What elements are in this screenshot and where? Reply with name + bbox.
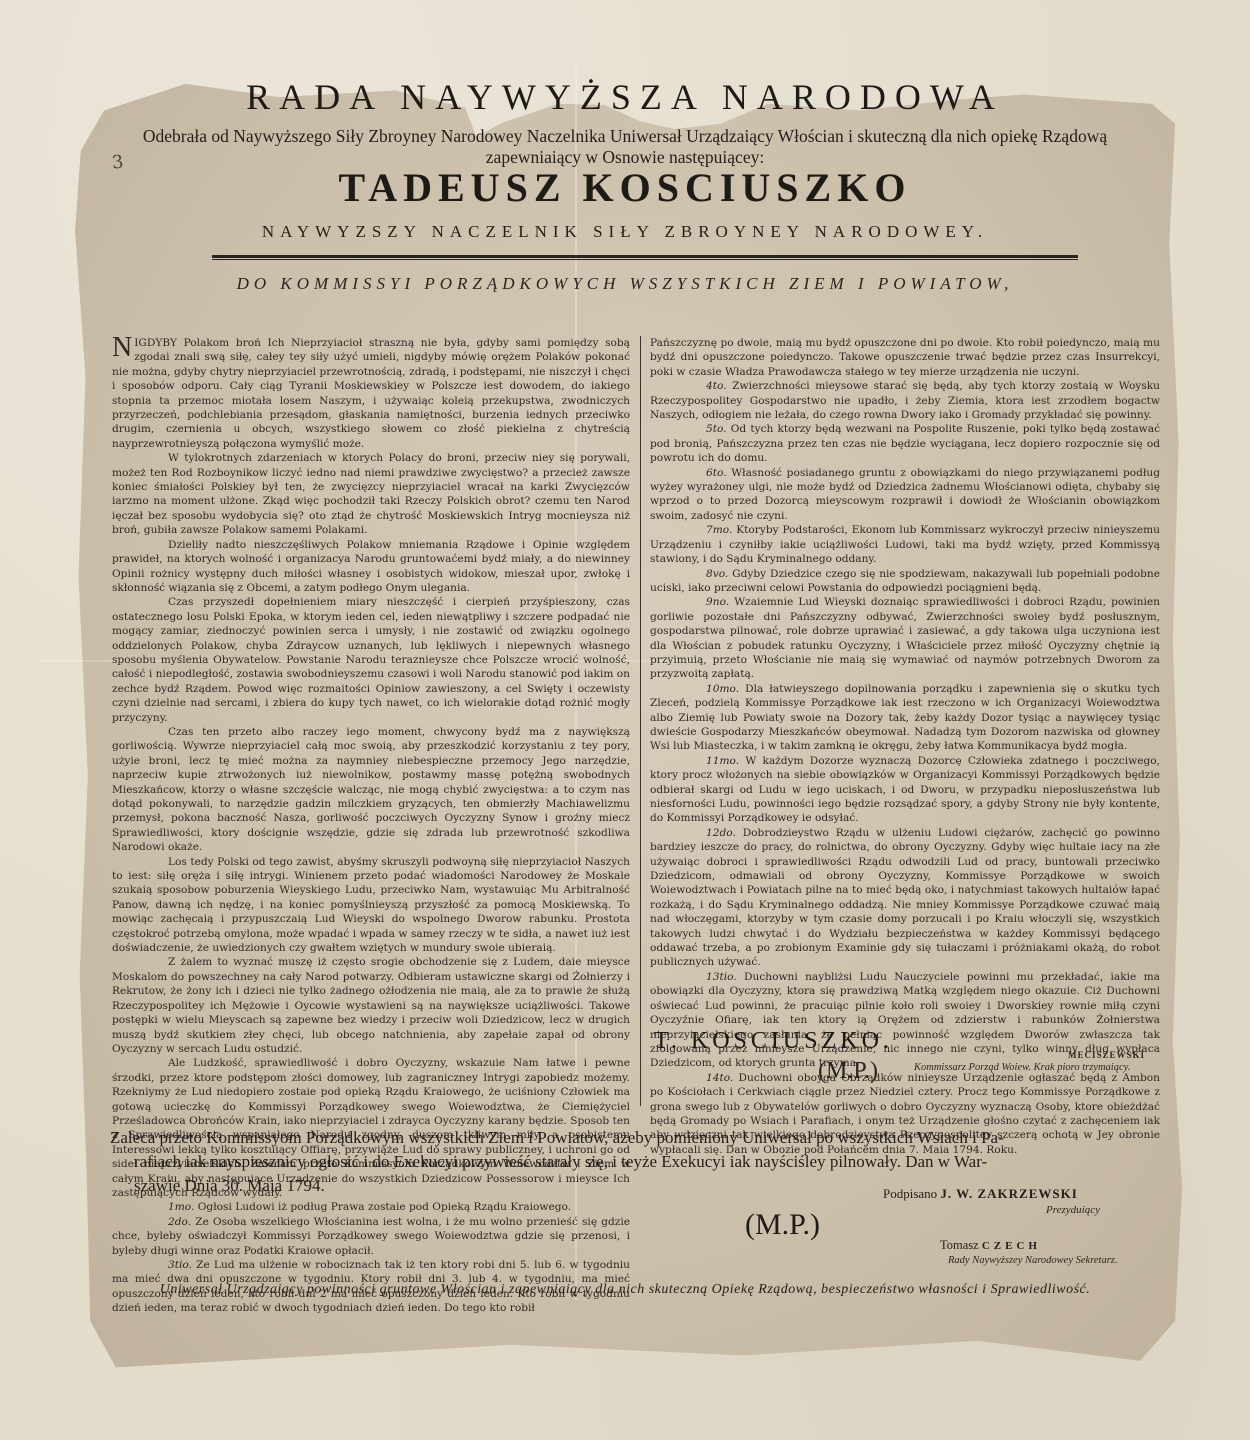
signature-zakrzewski-title: Prezyduiący	[1046, 1204, 1100, 1216]
column-divider	[640, 336, 641, 1106]
article: 10mo. Dla łatwieyszego dopilnowania porz…	[650, 682, 1160, 754]
drop-cap: N	[112, 336, 132, 360]
article: 8vo. Gdyby Dziedzice czego się nie spodz…	[650, 567, 1160, 596]
article: 1mo. Ogłosi Ludowi iż podług Prawa zosta…	[112, 1200, 630, 1214]
signature-czech-title: Rady Naywyższey Narodowey Sekretarz.	[948, 1255, 1118, 1266]
article: 11mo. W każdym Dozorze wyznaczą Dozorcę …	[650, 754, 1160, 826]
article: 6to. Własność posiadanego gruntu z obowi…	[650, 466, 1160, 524]
signature-czech: Tomasz CZECH	[940, 1238, 1041, 1253]
article: 12do. Dobrodzieystwo Rządu w ulżeniu Lud…	[650, 826, 1160, 970]
article: 7mo. Ktoryby Podstarości, Ekonom lub Kom…	[650, 523, 1160, 566]
paragraph: NIGDYBY Polakom broń Ich Nieprzyiacioł s…	[112, 336, 630, 451]
paragraph: Czas przyszedł dopełnieniem miary nieszc…	[112, 595, 630, 725]
article: 9no. Wzaiemnie Lud Wieyski doznaiąc spra…	[650, 595, 1160, 681]
footer-title: Uniwersał Urządzaiący powinności gruntow…	[0, 1282, 1250, 1298]
article: 5to. Od tych ktorzy będą wezwani na Posp…	[650, 422, 1160, 465]
paragraph: Los tedy Polski od tego zawist, abyśmy s…	[112, 855, 630, 956]
signature-kosciuszko: T. KOSCIUSZKO.	[654, 1028, 893, 1055]
paragraph: W tylokrotnych zdarzeniach w ktorych Pol…	[112, 451, 630, 537]
issuer-name: TADEUSZ KOSCIUSZKO	[0, 164, 1250, 211]
seal-mark-council: (M.P.)	[745, 1208, 820, 1242]
addressee-line: DO KOMMISSYI PORZĄDKOWYCH WSZYSTKICH ZIE…	[0, 274, 1250, 294]
countersigner-name: MECISZEWSKI	[1068, 1050, 1145, 1060]
article: 2do. Ze Osoba wszelkiego Włościanina ies…	[112, 1215, 630, 1258]
document-title: RADA NAYWYŻSZA NARODOWA	[0, 76, 1250, 118]
issuer-rank: NAYWYZSZY NACZELNIK SIŁY ZBROYNEY NARODO…	[0, 222, 1250, 242]
paragraph: Z żalem to wyznać muszę iż często srogie…	[112, 955, 630, 1056]
left-text-column: NIGDYBY Polakom broń Ich Nieprzyiacioł s…	[112, 336, 630, 1106]
article: 4to. Zwierzchności mieysowe starać się b…	[650, 379, 1160, 422]
paragraph: Czas ten przeto albo raczey iego moment,…	[112, 725, 630, 855]
paragraph: Pańszczyznę po dwoie, maią mu bydź opusz…	[650, 336, 1160, 379]
countersigner-title: Kommissarz Porząd Woiew. Krak pioro trzy…	[914, 1062, 1164, 1074]
seal-mark: (M.P.)	[818, 1058, 878, 1085]
paragraph: Dzieliły nadto nieszczęśliwych Polakow m…	[112, 538, 630, 596]
document-subtitle: Odebrała od Naywyższego Siły Zbroyney Na…	[110, 126, 1140, 168]
double-rule-divider	[212, 255, 1078, 260]
signature-zakrzewski: Podpisano J. W. ZAKRZEWSKI	[883, 1186, 1078, 1202]
